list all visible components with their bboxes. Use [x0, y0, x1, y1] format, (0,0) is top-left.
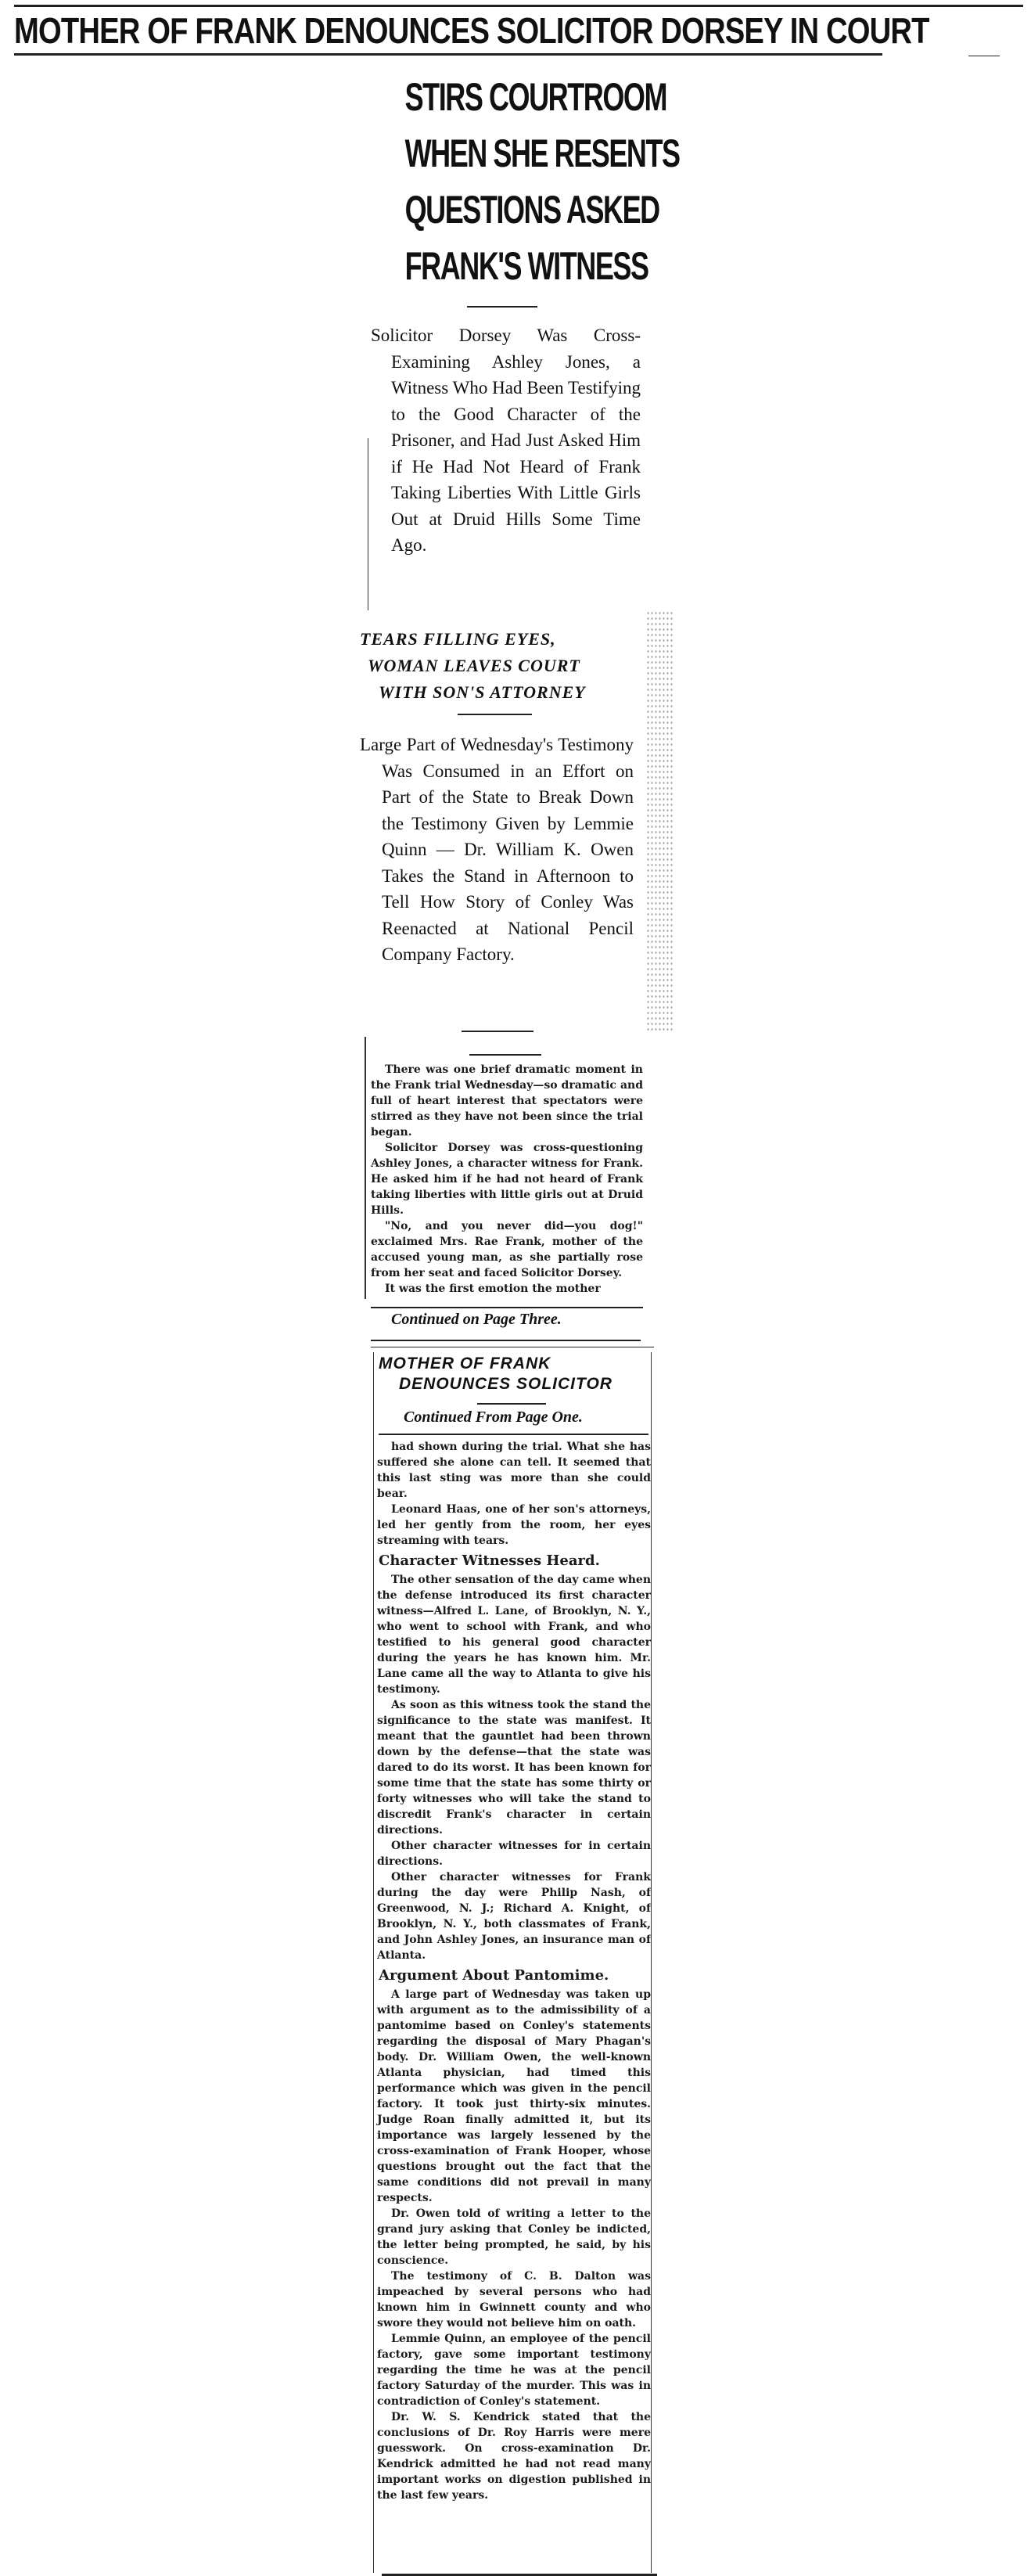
continuation-header-rule — [379, 1434, 648, 1435]
italic-deck: TEARS FILLING EYES, WOMAN LEAVES COURT W… — [360, 626, 657, 706]
paragraph: Leonard Haas, one of her son's attorneys… — [377, 1502, 651, 1549]
subheading: Character Witnesses Heard. — [379, 1552, 651, 1570]
deck-line: FRANK'S WITNESS — [405, 238, 597, 294]
summary-two: Large Part of Wednesday's Testimony Was … — [360, 732, 634, 968]
paragraph: Solicitor Dorsey was cross-questioning A… — [371, 1140, 643, 1218]
ornament-rule-top — [462, 1031, 533, 1032]
subheading: Argument About Pantomime. — [379, 1966, 651, 1985]
paragraph: Other character witnesses for in certain… — [377, 1838, 651, 1869]
paragraph: had shown during the trial. What she has… — [377, 1439, 651, 1502]
summary-two-text: Large Part of Wednesday's Testimony Was … — [360, 732, 634, 968]
italic-deck-divider — [458, 714, 532, 715]
continuation-headline: MOTHER OF FRANK DENOUNCES SOLICITOR — [379, 1354, 645, 1394]
paragraph: Other character witnesses for Frank duri… — [377, 1869, 651, 1963]
continuation-headline-line: DENOUNCES SOLICITOR — [379, 1374, 645, 1394]
section-rule-2 — [371, 1347, 654, 1347]
paragraph: It was the first emotion the mother — [371, 1281, 643, 1297]
story-left-rule — [365, 1037, 366, 1299]
deck-line: QUESTIONS ASKED — [405, 182, 597, 238]
banner-top-rule — [14, 5, 1023, 7]
paragraph: Lemmie Quinn, an employee of the pencil … — [377, 2331, 651, 2409]
paragraph: Dr. W. S. Kendrick stated that the concl… — [377, 2409, 651, 2503]
paragraph: As soon as this witness took the stand t… — [377, 1697, 651, 1838]
summary-one-text: Solicitor Dorsey Was Cross-Examining Ash… — [371, 322, 641, 559]
deck-divider — [467, 306, 537, 308]
italic-deck-line: TEARS FILLING EYES, — [360, 626, 657, 653]
italic-deck-line: WOMAN LEAVES COURT — [360, 653, 657, 679]
continuation-right-rule — [651, 1352, 652, 2573]
paragraph: Dr. Owen told of writing a letter to the… — [377, 2206, 651, 2268]
paragraph: "No, and you never did—you dog!" exclaim… — [371, 1218, 643, 1281]
continuation-headline-line: MOTHER OF FRANK — [379, 1354, 645, 1374]
continued-from-label[interactable]: Continued From Page One. — [404, 1409, 654, 1427]
deck-line: STIRS COURTROOM — [405, 69, 597, 125]
banner-headline: MOTHER OF FRANK DENOUNCES SOLICITOR DORS… — [14, 11, 852, 50]
deck-headline: STIRS COURTROOM WHEN SHE RESENTS QUESTIO… — [368, 69, 634, 294]
banner-bottom-rule-short — [968, 56, 1000, 56]
summary-one: Solicitor Dorsey Was Cross-Examining Ash… — [371, 322, 641, 559]
paragraph: A large part of Wednesday was taken up w… — [377, 1987, 651, 2206]
italic-deck-line: WITH SON'S ATTORNEY — [360, 679, 657, 706]
continued-on-label[interactable]: Continued on Page Three. — [391, 1311, 641, 1329]
column-left-rule — [368, 438, 368, 610]
story-end-rule — [371, 1307, 643, 1308]
scan-noise — [646, 610, 674, 1033]
paragraph: There was one brief dramatic moment in t… — [371, 1062, 643, 1140]
paragraph: The other sensation of the day came when… — [377, 1572, 651, 1697]
paragraph: The testimony of C. B. Dalton was impeac… — [377, 2268, 651, 2331]
section-rule-1 — [371, 1340, 641, 1341]
story-page-one: There was one brief dramatic moment in t… — [371, 1062, 643, 1297]
continuation-left-rule — [373, 1352, 374, 2573]
continuation-divider — [477, 1403, 546, 1405]
deck-line: WHEN SHE RESENTS — [405, 125, 597, 182]
continuation-story: had shown during the trial. What she has… — [377, 1439, 651, 2503]
ornament-rule-bottom — [469, 1054, 541, 1056]
banner-bottom-rule — [14, 53, 882, 56]
